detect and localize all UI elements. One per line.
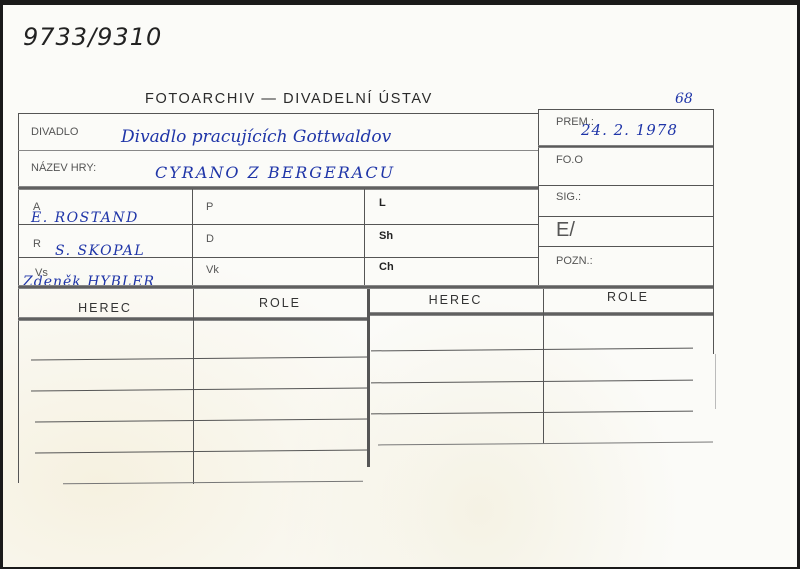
value-author: E. ROSTAND	[31, 210, 139, 226]
label-pozn: POZN.:	[556, 255, 593, 267]
divider	[538, 145, 713, 148]
value-nazev-hry: CYRANO Z BERGERACU	[155, 163, 395, 182]
table-row	[35, 419, 368, 423]
label-foto: FO.O	[556, 154, 583, 166]
divider	[18, 186, 538, 190]
table-row	[31, 357, 368, 361]
divider	[364, 189, 365, 285]
label-p: P	[206, 201, 213, 213]
label-ch: Ch	[379, 261, 394, 273]
divider	[538, 246, 713, 247]
divider	[193, 289, 194, 484]
divider	[18, 285, 713, 289]
divider	[538, 185, 713, 186]
value-divadlo: Divadlo pracujících Gottwaldov	[121, 127, 391, 147]
label-e: E/	[556, 219, 575, 242]
divider	[18, 113, 19, 483]
label-l: L	[379, 197, 386, 209]
col-header-role-1: ROLE	[192, 296, 368, 310]
table-row	[35, 450, 368, 454]
label-sig: SIG.:	[556, 191, 581, 203]
prem-note: 68	[675, 91, 693, 107]
label-nazev-hry: NÁZEV HRY:	[31, 162, 96, 174]
value-director: S. SKOPAL	[55, 243, 145, 259]
table-row	[371, 380, 693, 384]
label-director: R	[33, 238, 41, 250]
divider	[543, 289, 544, 444]
divider	[715, 354, 716, 409]
table-row	[63, 481, 363, 485]
table-row	[378, 442, 713, 446]
divider	[367, 289, 370, 467]
card-header-title: FOTOARCHIV — DIVADELNÍ ÚSTAV	[145, 91, 433, 107]
divider	[192, 189, 193, 285]
label-sh: Sh	[379, 230, 393, 242]
col-header-herec-2: HEREC	[368, 293, 543, 307]
label-d: D	[206, 233, 214, 245]
col-header-role-2: ROLE	[543, 290, 713, 304]
divider	[538, 109, 713, 110]
divider	[18, 150, 538, 151]
label-vk: Vk	[206, 264, 219, 276]
divider	[713, 109, 714, 354]
value-prem: 24. 2. 1978	[581, 121, 678, 139]
inventory-number: 9733/9310	[23, 23, 162, 51]
table-row	[371, 348, 693, 352]
divider	[18, 113, 538, 114]
label-divadlo: DIVADLO	[31, 126, 78, 138]
col-header-herec-1: HEREC	[18, 301, 192, 315]
divider	[538, 109, 539, 287]
table-row	[371, 411, 693, 415]
table-row	[31, 388, 368, 392]
divider	[368, 312, 713, 316]
archive-card: 9733/9310 FOTOARCHIV — DIVADELNÍ ÚSTAV D…	[3, 5, 797, 567]
divider	[538, 216, 713, 217]
